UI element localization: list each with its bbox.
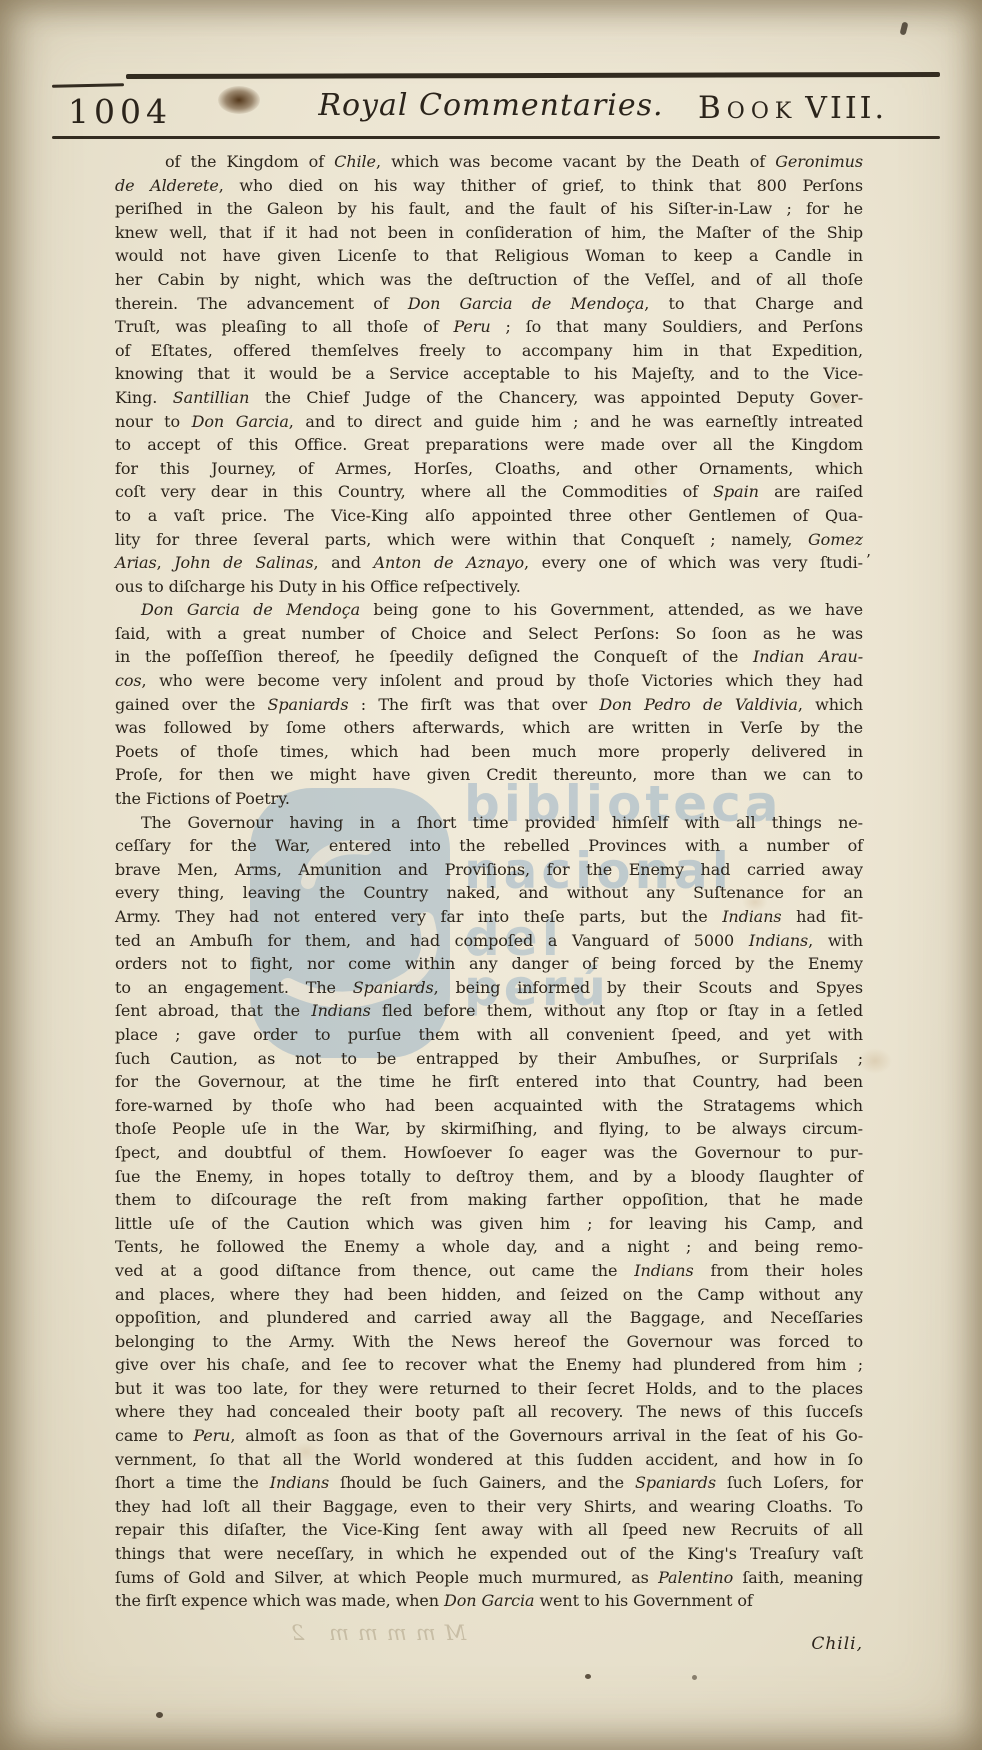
text-line: therein. The advancement of Don Garcia d… [115,292,863,316]
text-line: de Alderete, who died on his way thither… [115,174,863,198]
page-text: of the Kingdom of Chile, which was becom… [115,150,863,1613]
text-line: her Cabin by night, which was the deſtru… [115,268,863,292]
text-line: would not have given Licenſe to that Rel… [115,244,863,268]
text-line: ceſſary for the War, entered into the re… [115,834,863,858]
text-line: belonging to the Army. With the News her… [115,1330,863,1354]
header-rule-bottom [52,136,940,139]
text-line: periſhed in the Galeon by his fault, and… [115,197,863,221]
text-line: nour to Don Garcia, and to direct and gu… [115,410,863,434]
text-line: ſpect, and doubtful of them. Howſoever ſ… [115,1141,863,1165]
text-line: ſhort a time the Indians ſhould be ſuch … [115,1471,863,1495]
text-line: brave Men, Arms, Amunition and Proviſion… [115,858,863,882]
text-line: give over his chaſe, and ſee to recover … [115,1353,863,1377]
text-line: fore-warned by thoſe who had been acquai… [115,1094,863,1118]
text-line: coſt very dear in this Country, where al… [115,480,863,504]
paragraph: The Governour having in a ſhort time pro… [115,811,863,1613]
text-line: ved at a good diſtance from thence, out … [115,1259,863,1283]
text-line: for this Journey, of Armes, Horſes, Cloa… [115,457,863,481]
text-line: King. Santillian the Chief Judge of the … [115,386,863,410]
text-line: knew well, that if it had not been in co… [115,221,863,245]
text-line: was followed by ſome others afterwards, … [115,716,863,740]
text-line: The Governour having in a ſhort time pro… [115,811,863,835]
text-line: the firſt expence which was made, when D… [115,1589,863,1613]
text-line: to accept of this Office. Great preparat… [115,433,863,457]
ink-speck [692,1675,697,1680]
book-word: Book [698,90,797,126]
text-line: the Fictions of Poetry. [115,787,863,811]
text-line: Army. They had not entered very far into… [115,905,863,929]
text-line: and places, where they had been hidden, … [115,1283,863,1307]
header-rule-top [126,72,940,79]
text-line: gained over the Spaniards : The firſt wa… [115,693,863,717]
foxing-stain [858,1048,892,1074]
text-line: to an engagement. The Spaniards, being i… [115,976,863,1000]
text-line: they had loſt all their Baggage, even to… [115,1495,863,1519]
ink-speck [900,21,909,35]
paragraph: of the Kingdom of Chile, which was becom… [115,150,863,598]
text-line: little uſe of the Caution which was give… [115,1212,863,1236]
text-line: place ; gave order to purſue them with a… [115,1023,863,1047]
text-line: of Eſtates, offered themſelves freely to… [115,339,863,363]
text-line: for the Governour, at the time he firſt … [115,1070,863,1094]
margin-apostrophe-mark: ’ [866,551,871,569]
book-numeral: VIII. [805,91,887,126]
catchword-row: Chili, [115,1634,863,1654]
text-line: Poets of thoſe times, which had been muc… [115,740,863,764]
book-page: 1004 Royal Commentaries. BookVIII. bibli… [0,0,982,1750]
ink-speck [585,1674,591,1679]
text-line: in the poſſeſſion thereof, he ſpeedily d… [115,645,863,669]
catchword: Chili, [811,1634,863,1654]
text-line: knowing that it would be a Service accep… [115,362,863,386]
text-line: things that were neceſſary, in which he … [115,1542,863,1566]
text-line: ſums of Gold and Silver, at which People… [115,1566,863,1590]
text-line: Arias, John de Salinas, and Anton de Azn… [115,551,863,575]
text-line: thoſe People uſe in the War, by skirmiſh… [115,1117,863,1141]
text-line: ſent abroad, that the Indians fled befor… [115,999,863,1023]
paragraph: Don Garcia de Mendoça being gone to his … [115,598,863,810]
text-line: ted an Ambuſh for them, and had compoſed… [115,929,863,953]
text-line: ſaid, with a great number of Choice and … [115,622,863,646]
text-line: Don Garcia de Mendoça being gone to his … [115,598,863,622]
text-line: came to Peru, almoſt as ſoon as that of … [115,1424,863,1448]
text-line: to a vaſt price. The Vice-King alſo appo… [115,504,863,528]
text-line: them to diſcourage the reſt from making … [115,1188,863,1212]
text-line: repair this diſaſter, the Vice-King ſent… [115,1518,863,1542]
text-line: oppoſition, and plundered and carried aw… [115,1306,863,1330]
text-line: but it was too late, for they were retur… [115,1377,863,1401]
book-label: BookVIII. [698,90,887,126]
text-line: Truſt, was pleaſing to all thoſe of Peru… [115,315,863,339]
text-line: of the Kingdom of Chile, which was becom… [115,150,863,174]
text-line: Tents, he followed the Enemy a whole day… [115,1235,863,1259]
text-line: every thing, leaving the Country naked, … [115,881,863,905]
text-line: lity for three ſeveral parts, which were… [115,528,863,552]
text-line: where they had concealed their booty paſ… [115,1400,863,1424]
text-line: ſuch Caution, as not to be entrapped by … [115,1047,863,1071]
text-line: Proſe, for then we might have given Cred… [115,763,863,787]
text-line: vernment, ſo that all the World wondered… [115,1448,863,1472]
text-line: ous to diſcharge his Duty in his Office … [115,575,863,599]
text-line: orders not to fight, nor come within any… [115,952,863,976]
text-line: cos, who were become very inſolent and p… [115,669,863,693]
text-line: ſue the Enemy, in hopes totally to deſtr… [115,1165,863,1189]
ink-speck [156,1712,163,1718]
